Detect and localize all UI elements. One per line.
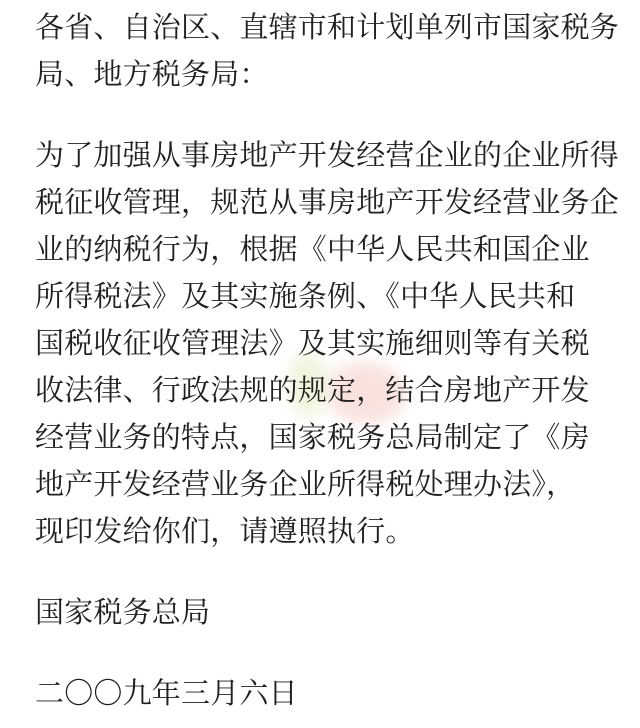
text-line: 现印发给你们，请遵照执行。 — [35, 509, 618, 556]
text-line: 地产开发经营业务企业所得税处理办法》， — [35, 462, 618, 509]
text-line: 经营业务的特点，国家税务总局制定了《房 — [35, 415, 618, 462]
text-line: 各省、自治区、直辖市和计划单列市国家税务 — [35, 5, 618, 52]
body-paragraph: 为了加强从事房地产开发经营企业的企业所得税征收管理，规范从事房地产开发经营业务企… — [35, 133, 618, 556]
text-line: 为了加强从事房地产开发经营企业的企业所得 — [35, 133, 618, 180]
text-line: 所得税法》及其实施条例、《中华人民共和 — [35, 274, 618, 321]
text-line: 税征收管理，规范从事房地产开发经营业务企 — [35, 180, 618, 227]
text-line: 业的纳税行为，根据《中华人民共和国企业 — [35, 227, 618, 274]
text-line: 局、地方税务局： — [35, 52, 618, 99]
text-line: 收法律、行政法规的规定，结合房地产开发 — [35, 368, 618, 415]
document-page: 各省、自治区、直辖市和计划单列市国家税务局、地方税务局： 为了加强从事房地产开发… — [0, 0, 640, 728]
signature-line: 国家税务总局 — [35, 590, 618, 637]
text-line: 国税收征收管理法》及其实施细则等有关税 — [35, 321, 618, 368]
salutation-paragraph: 各省、自治区、直辖市和计划单列市国家税务局、地方税务局： — [35, 5, 618, 99]
date-line: 二〇〇九年三月六日 — [35, 671, 618, 718]
